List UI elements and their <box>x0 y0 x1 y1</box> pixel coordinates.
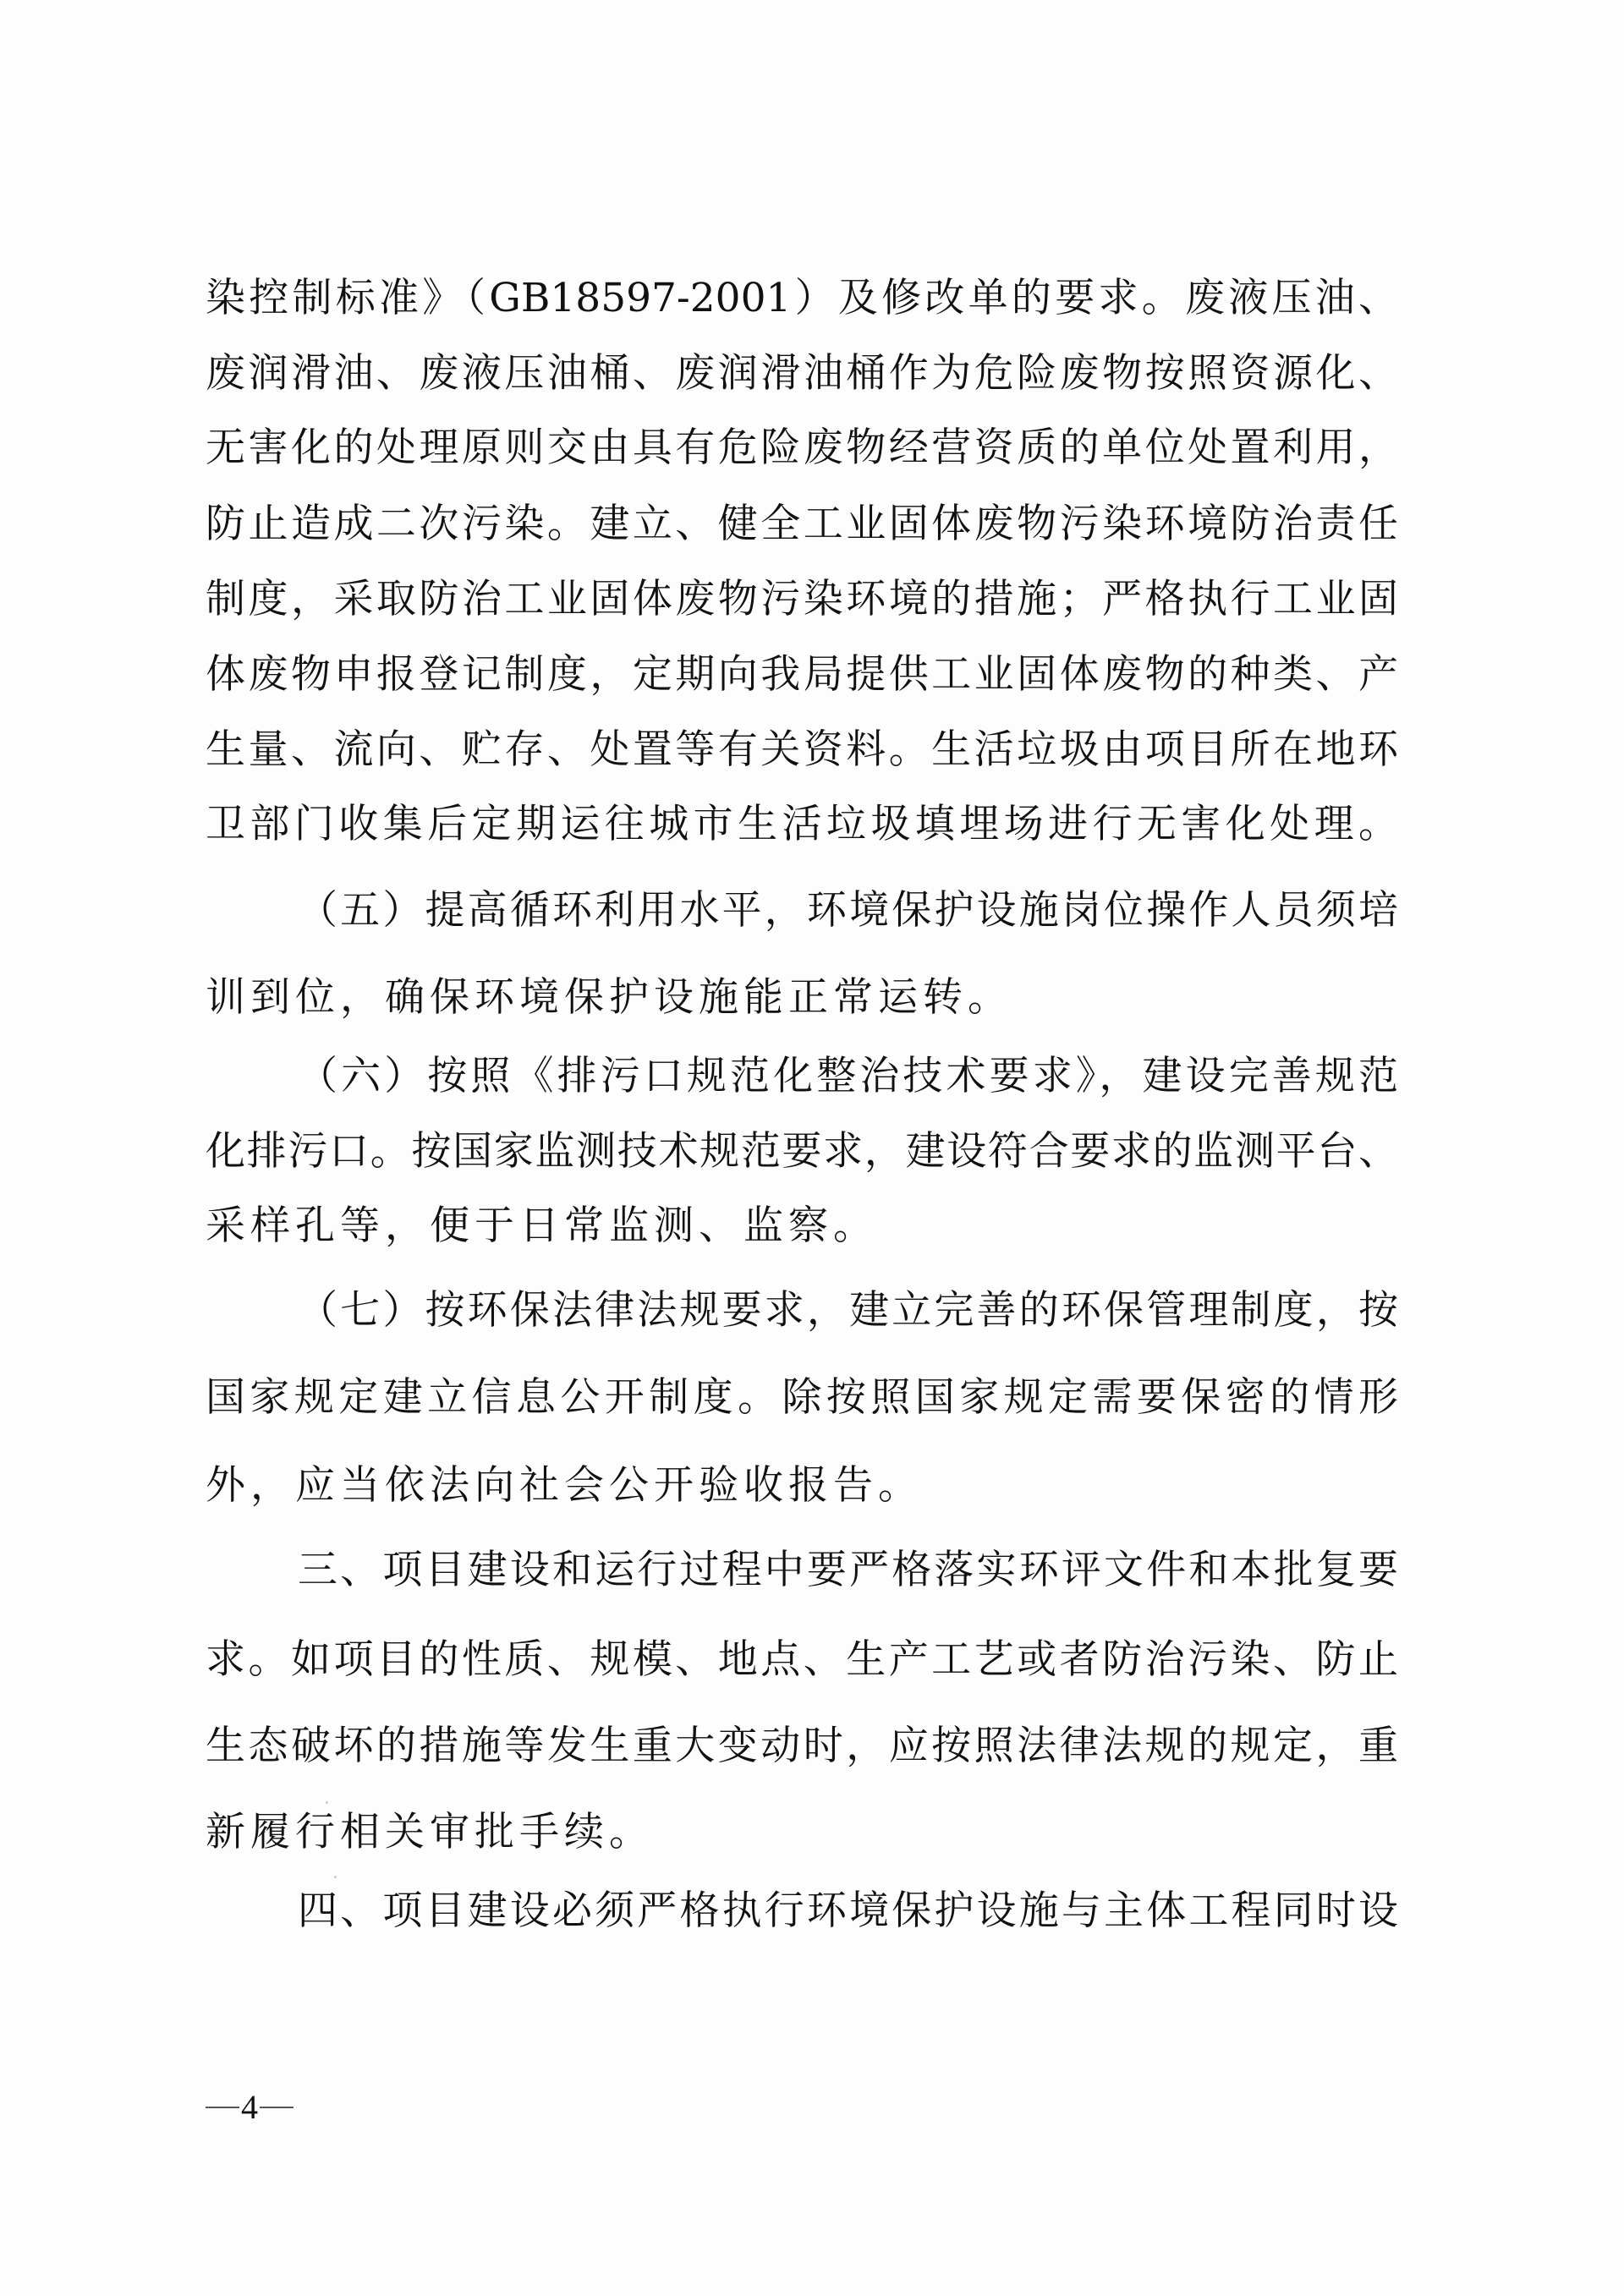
text-line: （六）按照《排污口规范化整治技术要求》，建设完善规范 <box>298 1051 1398 1102</box>
page-number-dash-left <box>206 2107 239 2108</box>
text-line: 训到位，确保环境保护设施能正常运转。 <box>206 973 1012 1023</box>
text-line: 国家规定建立信息公开制度。除按照国家规定需要保密的情形 <box>206 1373 1398 1423</box>
text-line: 染控制标准》（GB18597-2001）及修改单的要求。废液压油、 <box>206 273 1398 324</box>
scan-speck <box>398 1725 400 1728</box>
text-line: 化排污口。按国家监测技术规范要求，建设符合要求的监测平台、 <box>206 1126 1398 1177</box>
page-number-dash-right <box>260 2107 294 2108</box>
text-line: 废润滑油、废液压油桶、废润滑油桶作为危险废物按照资源化、 <box>206 348 1398 399</box>
text-line: 四、项目建设必须严格执行环境保护设施与主体工程同时设 <box>298 1886 1398 1937</box>
scan-speck <box>326 1801 328 1804</box>
text-line: 三、项目建设和运行过程中要严格落实环评文件和本批复要 <box>298 1545 1398 1596</box>
text-line: 新履行相关审批手续。 <box>206 1807 654 1858</box>
text-line: 生量、流向、贮存、处置等有关资料。生活垃圾由项目所在地环 <box>206 725 1398 775</box>
text-line: （五）提高循环利用水平，环境保护设施岗位操作人员须培 <box>298 885 1398 936</box>
text-line: 制度，采取防治工业固体废物污染环境的措施；严格执行工业固 <box>206 574 1398 625</box>
text-line: 体废物申报登记制度，定期向我局提供工业固体废物的种类、产 <box>206 649 1398 700</box>
document-page: 染控制标准》（GB18597-2001）及修改单的要求。废液压油、废润滑油、废液… <box>0 0 1624 2296</box>
page-number-value: 4 <box>241 2092 258 2123</box>
text-line: 卫部门收集后定期运往城市生活垃圾填埋场进行无害化处理。 <box>206 799 1398 850</box>
text-line: （七）按环保法律法规要求，建立完善的环保管理制度，按 <box>298 1285 1398 1336</box>
text-line: 采样孔等，便于日常监测、监察。 <box>206 1201 878 1252</box>
text-line: 无害化的处理原则交由具有危险废物经营资质的单位处置利用， <box>206 423 1398 474</box>
text-line: 求。如项目的性质、规模、地点、生产工艺或者防治污染、防止 <box>206 1635 1398 1685</box>
text-line: 外，应当依法向社会公开验收报告。 <box>206 1460 923 1511</box>
text-line: 防止造成二次污染。建立、健全工业固体废物污染环境防治责任 <box>206 499 1398 550</box>
page-number: 4 <box>206 2092 294 2123</box>
scan-speck <box>334 1876 337 1878</box>
text-line: 生态破坏的措施等发生重大变动时，应按照法律法规的规定，重 <box>206 1721 1398 1772</box>
